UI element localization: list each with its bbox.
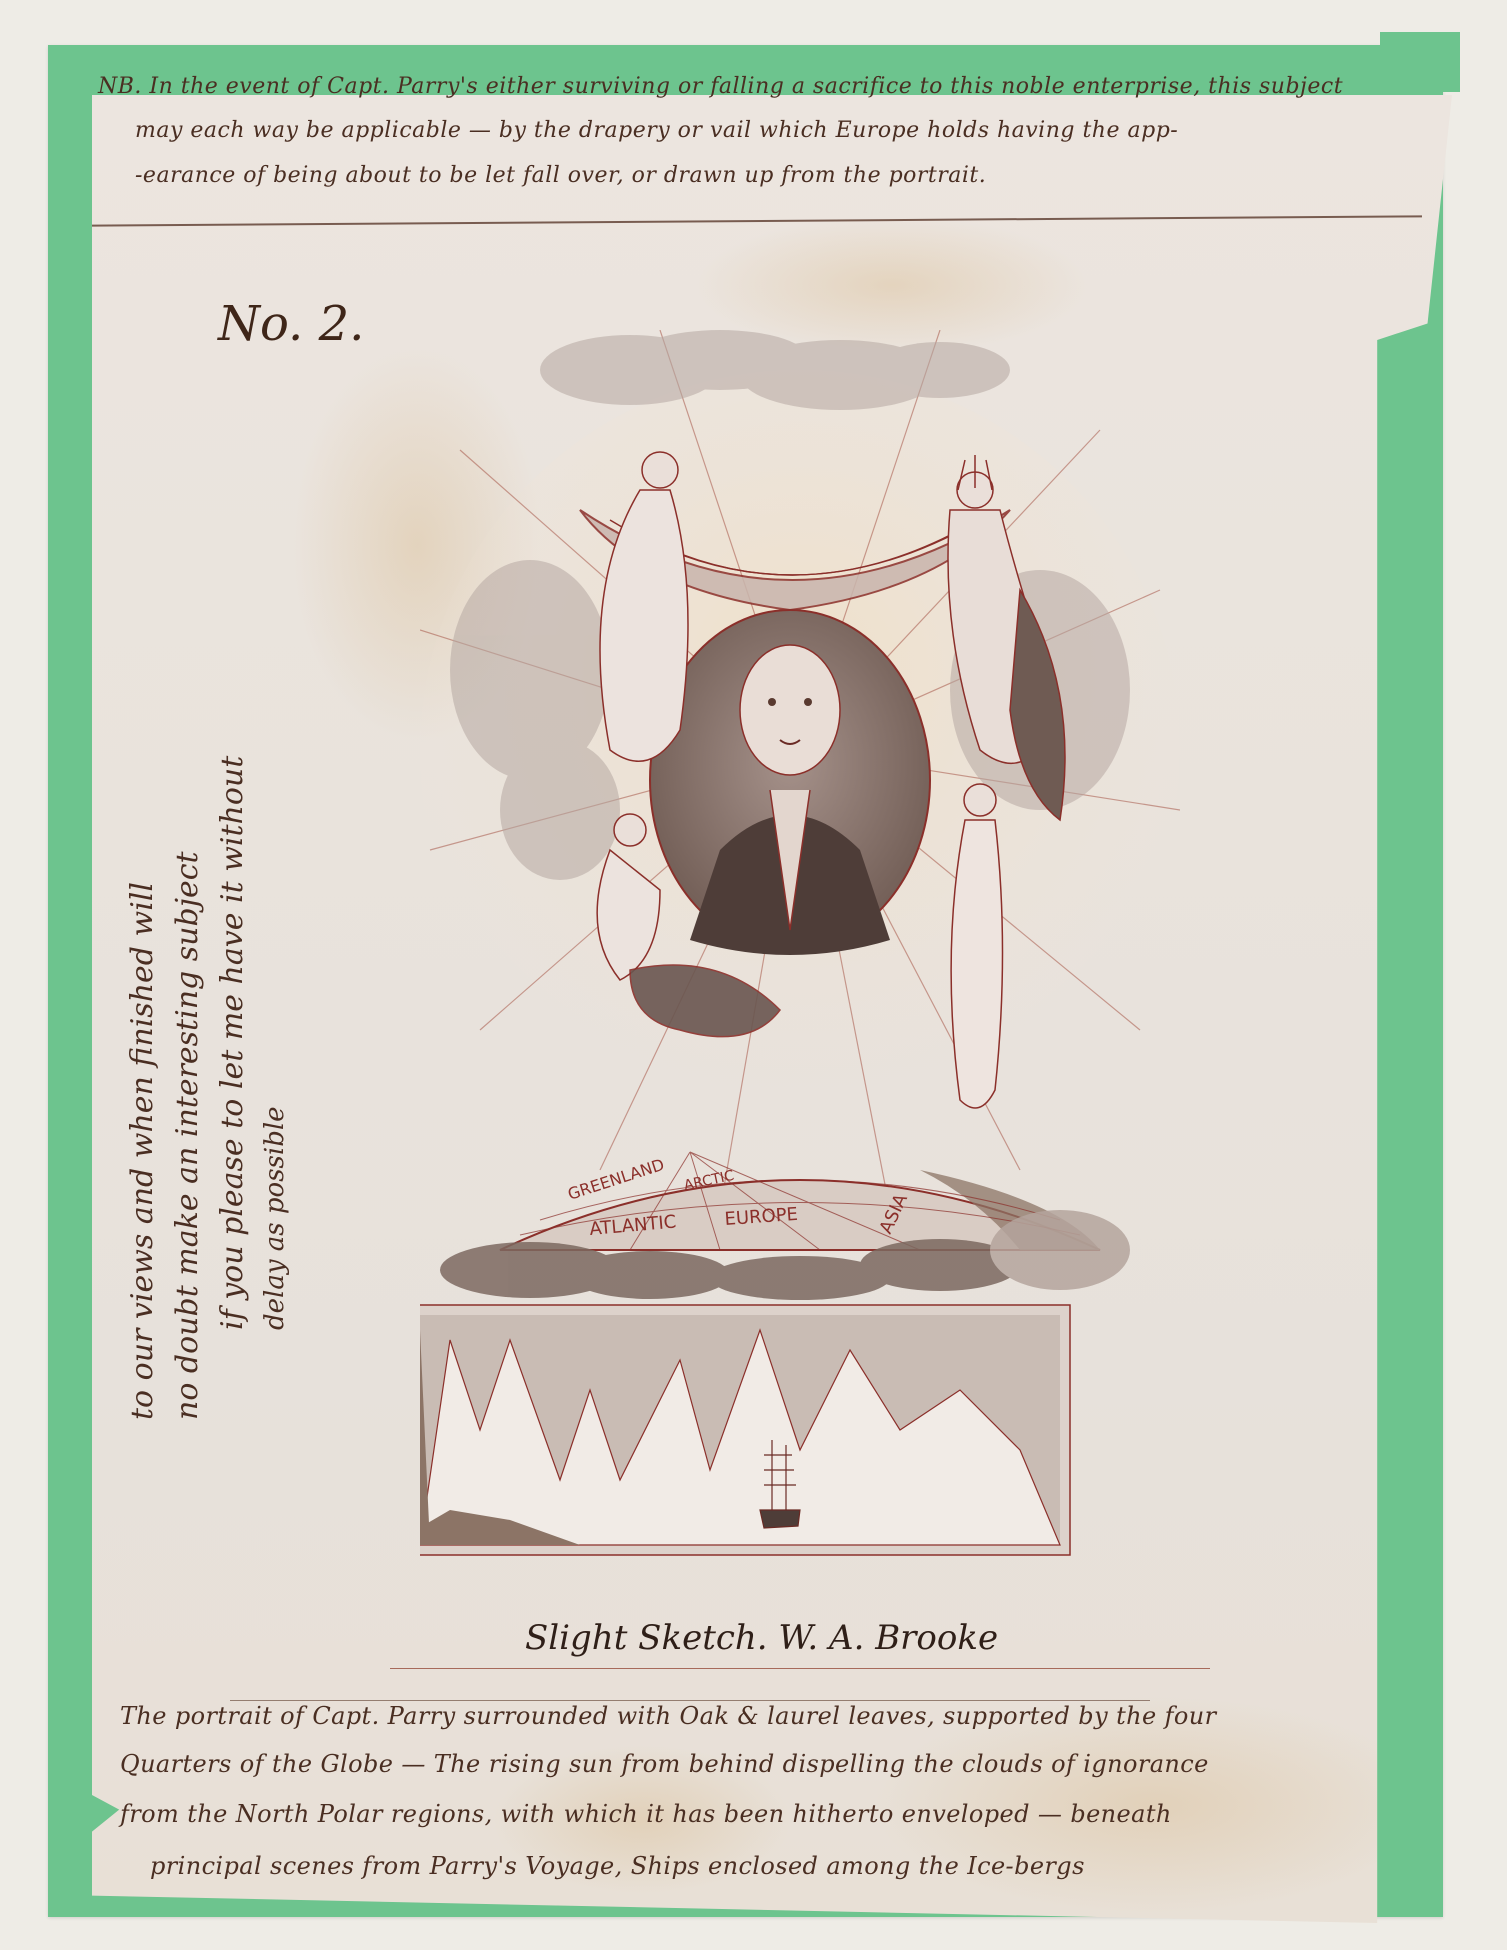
- caption-underline: [230, 1700, 1150, 1701]
- iceberg-scene: [420, 1305, 1070, 1555]
- side-note-line-1: to our views and when finished will: [125, 882, 160, 1420]
- sketch-caption-signature: Slight Sketch. W. A. Brooke: [525, 1618, 998, 1658]
- caption-divider: [390, 1668, 1210, 1669]
- bottom-note-line-3: from the North Polar regions, with which…: [120, 1800, 1172, 1828]
- bottom-note-line-1: The portrait of Capt. Parry surrounded w…: [120, 1702, 1216, 1730]
- sketch-number: No. 2.: [218, 296, 364, 352]
- mount-corner: [1380, 32, 1460, 92]
- bottom-note-line-4: principal scenes from Parry's Voyage, Sh…: [150, 1852, 1085, 1880]
- top-note-line-2: may each way be applicable — by the drap…: [135, 118, 1178, 143]
- bottom-note-line-2: Quarters of the Globe — The rising sun f…: [120, 1750, 1209, 1778]
- top-note-line-3: -earance of being about to be let fall o…: [135, 163, 986, 188]
- side-note-line-2: no doubt make an interesting subject: [170, 851, 205, 1420]
- allegorical-sketch: GREENLAND ARCTIC ATLANTIC EUROPE ASIA: [420, 330, 1180, 1580]
- top-note-line-1: NB. In the event of Capt. Parry's either…: [98, 74, 1343, 99]
- side-note-line-3: if you please to let me have it without: [215, 756, 250, 1330]
- side-note-line-4: delay as possible: [260, 1106, 290, 1330]
